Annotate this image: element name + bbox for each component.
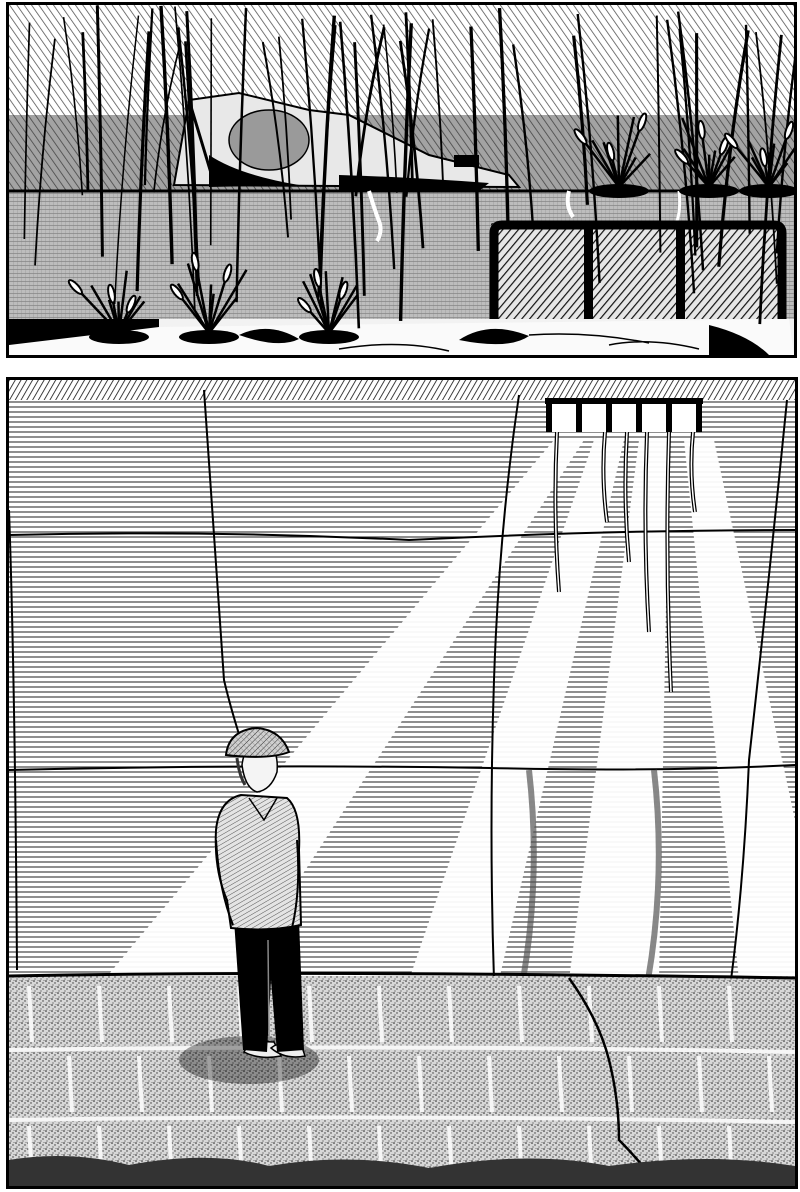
drain-opening [491, 223, 782, 319]
paving-stones [9, 973, 795, 1186]
drain-divider-1 [584, 227, 593, 319]
drain-divider-2 [676, 227, 685, 319]
panel-figure-light-wall: A lone figure in a flat cap, jacket and … [6, 377, 798, 1189]
barred-grate [545, 398, 703, 432]
panel-reeds-embankment: Reeds and cattails growing in front of a… [6, 2, 797, 358]
reeds-embankment-illustration [9, 5, 794, 355]
comic-page: Reeds and cattails growing in front of a… [0, 0, 800, 1192]
figure-wall-illustration [9, 380, 795, 1186]
